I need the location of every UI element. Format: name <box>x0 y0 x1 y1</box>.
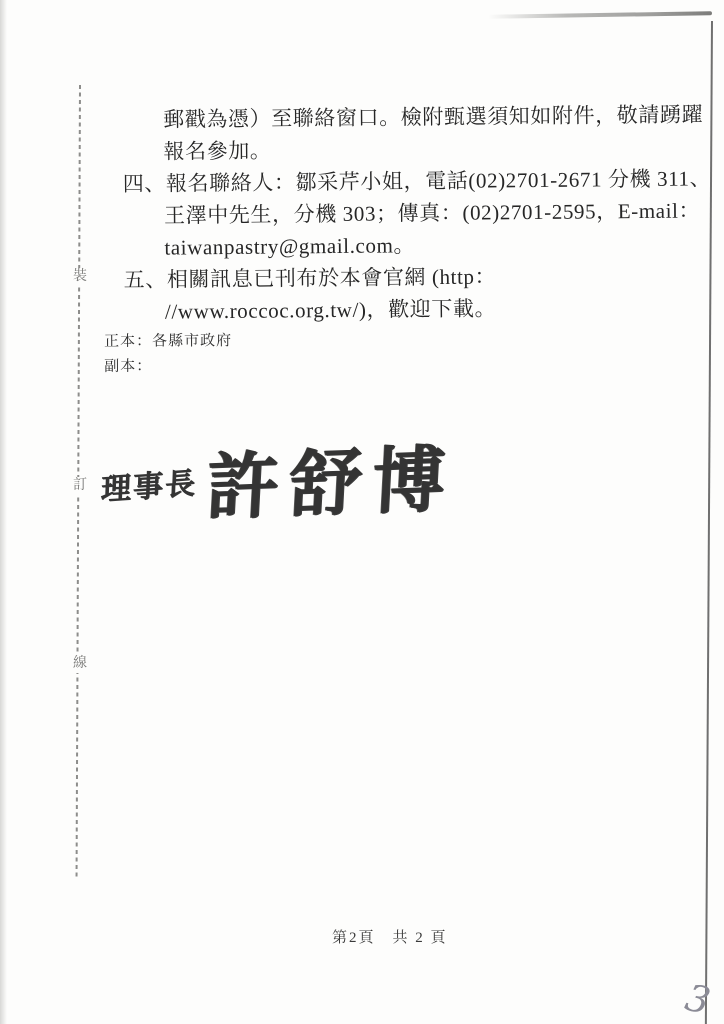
body-line: 王澤中先生，分機 303；傳真：(02)2701-2595，E-mail： <box>123 195 663 232</box>
signature-block: 理事長 許舒博 <box>99 421 457 537</box>
signature-title: 理事長 <box>100 458 198 509</box>
body-line-item-4: 四、報名聯絡人：鄒采芹小姐，電話(02)2701-2671 分機 311、 <box>123 163 663 200</box>
binding-mark-zhuang: 裝 <box>71 268 89 286</box>
body-line: 郵戳為憑）至聯絡窗口。檢附甄選須知如附件，敬請踴躍 <box>122 99 662 136</box>
body-line-url: //www.roccoc.org.tw/)，歡迎下載。 <box>124 291 664 328</box>
body-line: 報名參加。 <box>122 131 662 168</box>
footer-page-total: 共 2 頁 <box>393 926 448 947</box>
original-recipients: 正本：各縣市政府 <box>104 329 232 355</box>
scan-left-edge-shadow <box>0 0 7 1024</box>
copy-recipients: 副本： <box>104 354 232 380</box>
body-line-email: taiwanpastry@gmail.com。 <box>123 227 663 264</box>
binding-mark-xian: 線 <box>71 655 89 673</box>
scan-top-edge-smudge <box>488 11 712 19</box>
distribution-block: 正本：各縣市政府 副本： <box>104 329 232 380</box>
page-footer: 第2頁 共 2 頁 <box>332 926 448 947</box>
signature-name: 許舒博 <box>204 420 458 533</box>
scanned-letter-page: 裝 訂 線 郵戳為憑）至聯絡窗口。檢附甄選須知如附件，敬請踴躍 報名參加。 四、… <box>0 0 724 1024</box>
body-line-item-5: 五、相關訊息已刊布於本會官網 (http： <box>124 259 664 296</box>
handwritten-page-number: 3 <box>681 976 714 1023</box>
letter-body: 郵戳為憑）至聯絡窗口。檢附甄選須知如附件，敬請踴躍 報名參加。 四、報名聯絡人：… <box>122 99 664 328</box>
binding-mark-ding: 訂 <box>71 477 89 495</box>
footer-page-current: 第2頁 <box>332 926 376 947</box>
